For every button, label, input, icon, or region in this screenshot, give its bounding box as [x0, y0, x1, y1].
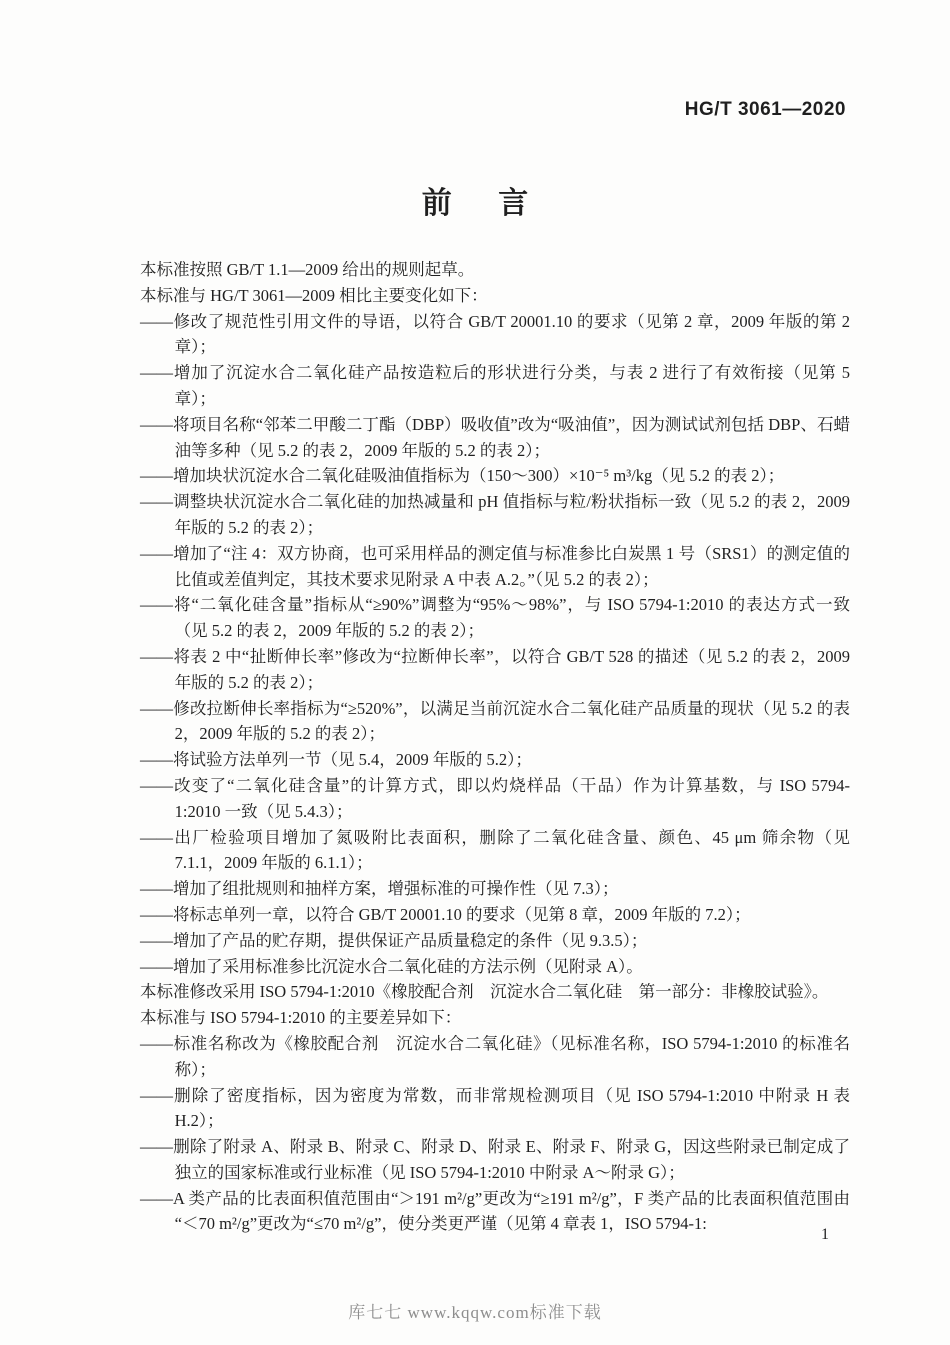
page-title: 前言: [0, 178, 950, 222]
paragraph: 本标准与 ISO 5794-1:2010 的主要差异如下：: [140, 1005, 850, 1031]
paragraph: ——修改了规范性引用文件的导语，以符合 GB/T 20001.10 的要求（见第…: [140, 309, 850, 361]
paragraph: ——修改拉断伸长率指标为“≥520%”，以满足当前沉淀水合二氧化硅产品质量的现状…: [140, 696, 850, 748]
paragraph: ——调整块状沉淀水合二氧化硅的加热减量和 pH 值指标与粒/粉状指标一致（见 5…: [140, 489, 850, 541]
foreword-body: 本标准按照 GB/T 1.1—2009 给出的规则起草。本标准与 HG/T 30…: [140, 257, 850, 1237]
paragraph: ——出厂检验项目增加了氮吸附比表面积，删除了二氧化硅含量、颜色、45 μm 筛余…: [140, 825, 850, 877]
paragraph: ——改变了“二氧化硅含量”的计算方式，即以灼烧样品（干品）作为计算基数，与 IS…: [140, 773, 850, 825]
paragraph: ——增加了组批规则和抽样方案，增强标准的可操作性（见 7.3）；: [140, 876, 850, 902]
paragraph: ——A 类产品的比表面积值范围由“＞191 m²/g”更改为“≥191 m²/g…: [140, 1186, 850, 1238]
page-title-text: 前言: [422, 187, 575, 220]
paragraph: ——删除了附录 A、附录 B、附录 C、附录 D、附录 E、附录 F、附录 G，…: [140, 1134, 850, 1186]
paragraph: 本标准按照 GB/T 1.1—2009 给出的规则起草。: [140, 257, 850, 283]
paragraph: 本标准修改采用 ISO 5794-1:2010《橡胶配合剂 沉淀水合二氧化硅 第…: [140, 979, 850, 1005]
standard-number: HG/T 3061—2020: [685, 99, 846, 121]
paragraph: ——将标志单列一章，以符合 GB/T 20001.10 的要求（见第 8 章，2…: [140, 902, 850, 928]
footer-watermark: 库七七 www.kqqw.com标准下载: [0, 1298, 950, 1323]
paragraph: 本标准与 HG/T 3061—2009 相比主要变化如下：: [140, 283, 850, 309]
paragraph: ——将“二氧化硅含量”指标从“≥90%”调整为“95%～98%”，与 ISO 5…: [140, 592, 850, 644]
paragraph: ——增加了沉淀水合二氧化硅产品按造粒后的形状进行分类，与表 2 进行了有效衔接（…: [140, 360, 850, 412]
paragraph: ——将项目名称“邻苯二甲酸二丁酯（DBP）吸收值”改为“吸油值”，因为测试试剂包…: [140, 412, 850, 464]
paragraph: ——将表 2 中“扯断伸长率”修改为“拉断伸长率”，以符合 GB/T 528 的…: [140, 644, 850, 696]
paragraph: ——增加了采用标准参比沉淀水合二氧化硅的方法示例（见附录 A）。: [140, 954, 850, 980]
paragraph: ——将试验方法单列一节（见 5.4，2009 年版的 5.2）；: [140, 747, 850, 773]
paragraph: ——标准名称改为《橡胶配合剂 沉淀水合二氧化硅》（见标准名称，ISO 5794-…: [140, 1031, 850, 1083]
paragraph: ——删除了密度指标，因为密度为常数，而非常规检测项目（见 ISO 5794-1:…: [140, 1083, 850, 1135]
paragraph: ——增加了产品的贮存期，提供保证产品质量稳定的条件（见 9.3.5）；: [140, 928, 850, 954]
page-number: 1: [821, 1226, 829, 1244]
paragraph: ——增加了“注 4：双方协商，也可采用样品的测定值与标准参比白炭黑 1 号（SR…: [140, 541, 850, 593]
document-page: HG/T 3061—2020 前言 本标准按照 GB/T 1.1—2009 给出…: [0, 0, 950, 1345]
paragraph: ——增加块状沉淀水合二氧化硅吸油值指标为（150～300）×10⁻⁵ m³/kg…: [140, 463, 850, 489]
